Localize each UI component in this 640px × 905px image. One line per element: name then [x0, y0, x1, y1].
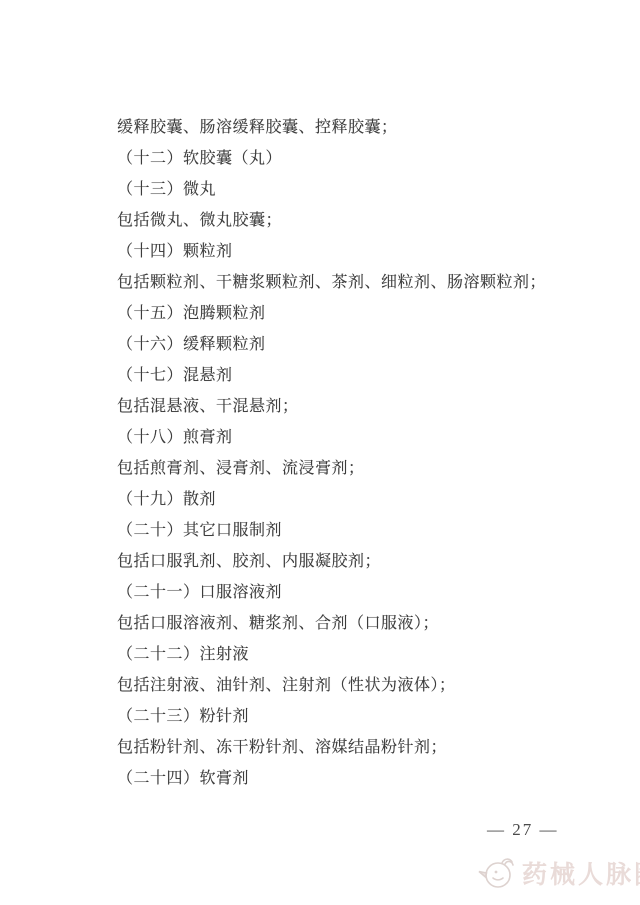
document-line: （二十二）注射液	[117, 639, 587, 670]
watermark-label: 药械人脉圈	[522, 855, 640, 891]
document-line: 包括粉针剂、冻干粉针剂、溶媒结晶粉针剂；	[117, 732, 587, 763]
document-line: （十三）微丸	[117, 174, 587, 205]
document-line: 包括口服乳剂、胶剂、内服凝胶剂；	[117, 546, 587, 577]
document-line: 缓释胶囊、肠溶缓释胶囊、控释胶囊；	[117, 112, 587, 143]
chick-mascot-icon	[474, 851, 518, 895]
watermark: 药械人脉圈	[474, 851, 640, 895]
document-line: （二十）其它口服制剂	[117, 515, 587, 546]
document-line: （十六）缓释颗粒剂	[117, 329, 587, 360]
document-line: （十五）泡腾颗粒剂	[117, 298, 587, 329]
document-line: （十二）软胶囊（丸）	[117, 143, 587, 174]
document-line: （十四）颗粒剂	[117, 236, 587, 267]
document-line: （十九）散剂	[117, 484, 587, 515]
document-line: 包括颗粒剂、干糖浆颗粒剂、茶剂、细粒剂、肠溶颗粒剂；	[117, 267, 587, 298]
document-line: （二十四）软膏剂	[117, 763, 587, 794]
document-line: （二十三）粉针剂	[117, 701, 587, 732]
document-line: （十八）煎膏剂	[117, 422, 587, 453]
document-line: 包括口服溶液剂、糖浆剂、合剂（口服液）；	[117, 608, 587, 639]
document-line: 包括注射液、油针剂、注射剂（性状为液体）；	[117, 670, 587, 701]
document-body: 缓释胶囊、肠溶缓释胶囊、控释胶囊； （十二）软胶囊（丸） （十三）微丸 包括微丸…	[117, 112, 587, 794]
document-line: （二十一）口服溶液剂	[117, 577, 587, 608]
page-number: — 27 —	[487, 820, 559, 840]
document-page: 缓释胶囊、肠溶缓释胶囊、控释胶囊； （十二）软胶囊（丸） （十三）微丸 包括微丸…	[0, 0, 640, 905]
document-line: 包括微丸、微丸胶囊；	[117, 205, 587, 236]
document-line: 包括混悬液、干混悬剂；	[117, 391, 587, 422]
document-line: 包括煎膏剂、浸膏剂、流浸膏剂；	[117, 453, 587, 484]
document-line: （十七）混悬剂	[117, 360, 587, 391]
